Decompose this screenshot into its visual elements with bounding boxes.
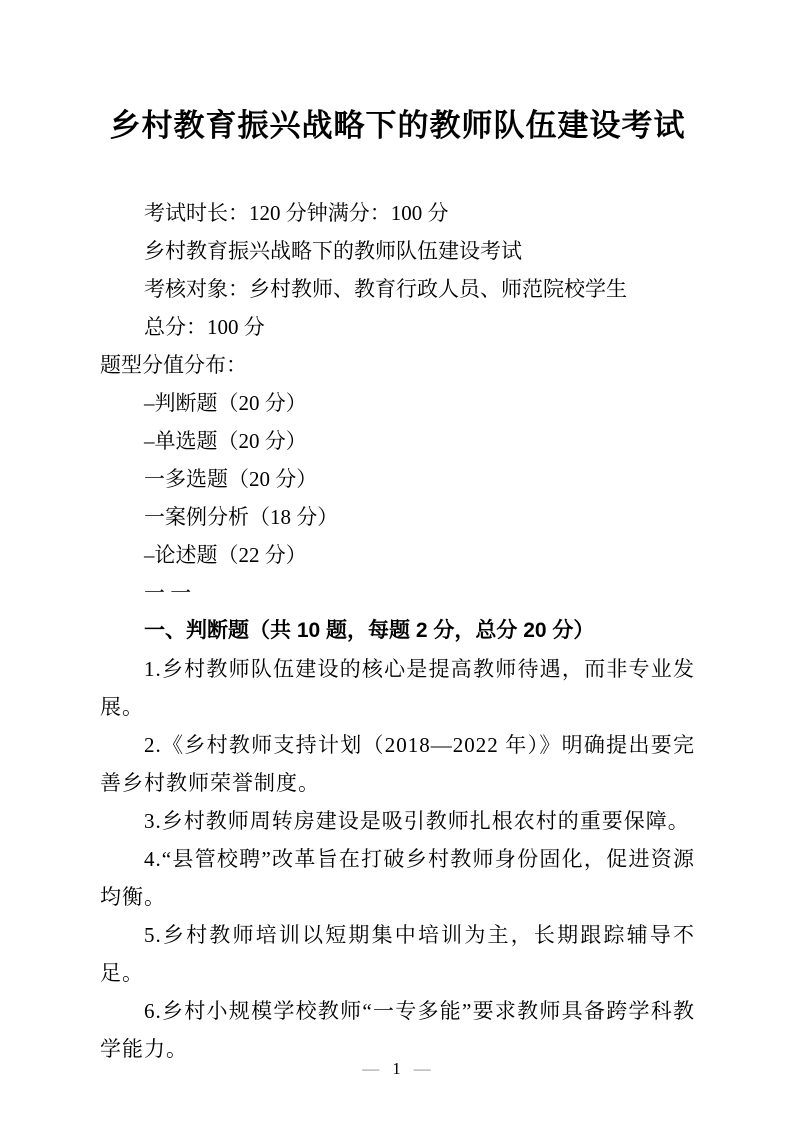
score-item-single-choice: –单选题（20 分）: [100, 422, 695, 460]
score-item-judgment: –判断题（20 分）: [100, 384, 695, 422]
score-item-essay: –论述题（22 分）: [100, 536, 695, 574]
page-footer: —1—: [0, 1056, 793, 1082]
exam-duration-line: 考试时长：120 分钟满分：100 分: [100, 194, 695, 232]
question-item-2: 2.《乡村教师支持计划（2018—2022 年）》明确提出要完善乡村教师荣誉制度…: [100, 726, 695, 802]
question-item-5: 5.乡村教师培训以短期集中培训为主，长期跟踪辅导不足。: [100, 916, 695, 992]
section-1-heading: 一、判断题（共 10 题，每题 2 分，总分 20 分）: [100, 612, 695, 650]
question-item-1: 1.乡村教师队伍建设的核心是提高教师待遇，而非专业发展。: [100, 650, 695, 726]
document-page: 乡村教育振兴战略下的教师队伍建设考试 考试时长：120 分钟满分：100 分 乡…: [0, 0, 793, 1122]
total-score-line: 总分：100 分: [100, 308, 695, 346]
target-audience-line: 考核对象：乡村教师、教育行政人员、师范院校学生: [100, 270, 695, 308]
exam-name-line: 乡村教育振兴战略下的教师队伍建设考试: [100, 232, 695, 270]
footer-dash-right: —: [414, 1059, 431, 1078]
footer-dash-left: —: [362, 1059, 379, 1078]
score-item-multi-choice: 一多选题（20 分）: [100, 460, 695, 498]
document-content: 乡村教育振兴战略下的教师队伍建设考试 考试时长：120 分钟满分：100 分 乡…: [100, 0, 695, 1068]
document-title: 乡村教育振兴战略下的教师队伍建设考试: [100, 0, 695, 152]
question-item-4: 4.“县管校聘”改革旨在打破乡村教师身份固化，促进资源均衡。: [100, 840, 695, 916]
question-item-3: 3.乡村教师周转房建设是吸引教师扎根农村的重要保障。: [100, 802, 695, 840]
dash-separator-line: 一 一: [100, 574, 695, 612]
score-distribution-heading: 题型分值分布：: [100, 346, 695, 384]
score-item-case-analysis: 一案例分析（18 分）: [100, 498, 695, 536]
page-number: 1: [392, 1059, 401, 1078]
